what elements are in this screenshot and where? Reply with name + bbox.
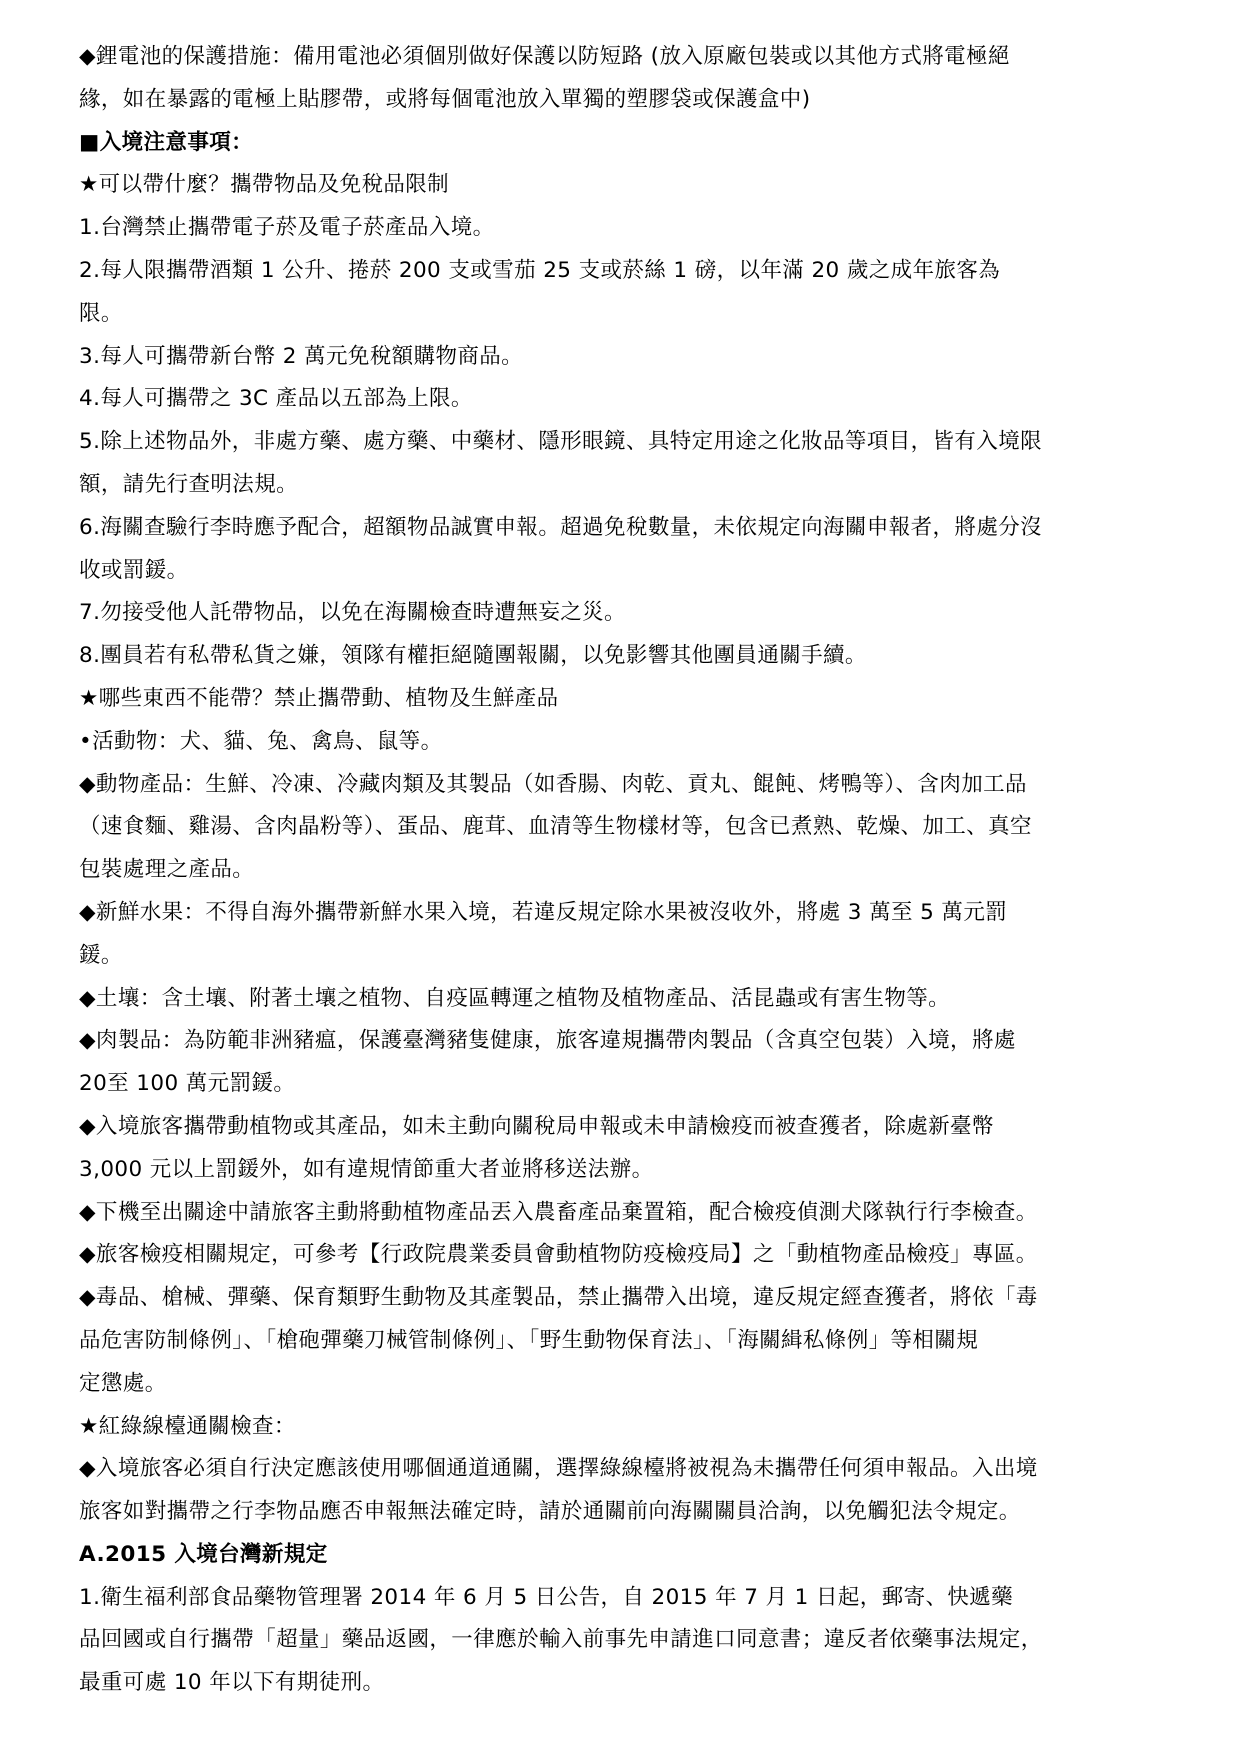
text-line: ◆毒品、槍械、彈藥、保育類野生動物及其產製品，禁止攜帶入出境，違反規定經查獲者，… <box>79 1277 1171 1320</box>
subsection-heading: ★紅綠線檯通關檢查： <box>79 1406 1171 1449</box>
text-line: 品危害防制條例」、「槍砲彈藥刀械管制條例」、「野生動物保育法」、「海關緝私條例」… <box>79 1320 1171 1363</box>
document-page: ◆鋰電池的保護措施：備用電池必須個別做好保護以防短路 (放入原廠包裝或以其他方式… <box>0 0 1241 1705</box>
text-line: ◆動物產品：生鮮、冷凍、冷藏肉類及其製品（如香腸、肉乾、貢丸、餛飩、烤鴨等）、含… <box>79 764 1171 807</box>
subsection-heading: ★可以帶什麼？攜帶物品及免稅品限制 <box>79 164 1171 207</box>
subsection-heading: ★哪些東西不能帶？禁止攜帶動、植物及生鮮產品 <box>79 678 1171 721</box>
text-line: ◆鋰電池的保護措施：備用電池必須個別做好保護以防短路 (放入原廠包裝或以其他方式… <box>79 36 1171 79</box>
text-line: 7.勿接受他人託帶物品，以免在海關檢查時遭無妄之災。 <box>79 592 1171 635</box>
text-line: 6.海關查驗行李時應予配合，超額物品誠實申報。超過免稅數量，未依規定向海關申報者… <box>79 507 1171 550</box>
text-line: 品回國或自行攜帶「超量」藥品返國，一律應於輸入前事先申請進口同意書；違反者依藥事… <box>79 1619 1171 1662</box>
text-line: 1.台灣禁止攜帶電子菸及電子菸產品入境。 <box>79 207 1171 250</box>
text-line: 額，請先行查明法規。 <box>79 464 1171 507</box>
text-line: ◆新鮮水果：不得自海外攜帶新鮮水果入境，若違反規定除水果被沒收外，將處 3 萬至… <box>79 892 1171 935</box>
text-line: 8.團員若有私帶私貨之嫌，領隊有權拒絕隨團報關，以免影響其他團員通關手續。 <box>79 635 1171 678</box>
text-line: 4.每人可攜帶之 3C 產品以五部為上限。 <box>79 378 1171 421</box>
section-heading: ■入境注意事項： <box>79 122 1171 165</box>
text-line: 定懲處。 <box>79 1363 1171 1406</box>
text-line: 20至 100 萬元罰鍰。 <box>79 1063 1171 1106</box>
text-line: 5.除上述物品外，非處方藥、處方藥、中藥材、隱形眼鏡、具特定用途之化妝品等項目，… <box>79 421 1171 464</box>
text-line: ◆下機至出關途中請旅客主動將動植物產品丟入農畜產品棄置箱，配合檢疫偵測犬隊執行行… <box>79 1192 1171 1235</box>
text-line: ◆入境旅客攜帶動植物或其產品，如未主動向關稅局申報或未申請檢疫而被查獲者，除處新… <box>79 1106 1171 1149</box>
text-line: •活動物：犬、貓、兔、禽鳥、鼠等。 <box>79 721 1171 764</box>
text-line: 鍰。 <box>79 935 1171 978</box>
section-heading: A.2015 入境台灣新規定 <box>79 1534 1171 1577</box>
text-line: ◆土壤：含土壤、附著土壤之植物、自疫區轉運之植物及植物產品、活昆蟲或有害生物等。 <box>79 978 1171 1021</box>
text-line: 收或罰鍰。 <box>79 550 1171 593</box>
text-line: 最重可處 10 年以下有期徒刑。 <box>79 1662 1171 1705</box>
text-line: 1.衛生福利部食品藥物管理署 2014 年 6 月 5 日公告，自 2015 年… <box>79 1577 1171 1620</box>
text-line: 3,000 元以上罰鍰外，如有違規情節重大者並將移送法辦。 <box>79 1149 1171 1192</box>
text-line: 限。 <box>79 293 1171 336</box>
text-line: ◆旅客檢疫相關規定，可參考【行政院農業委員會動植物防疫檢疫局】之「動植物產品檢疫… <box>79 1234 1171 1277</box>
text-line: 包裝處理之產品。 <box>79 849 1171 892</box>
text-line: （速食麵、雞湯、含肉晶粉等）、蛋品、鹿茸、血清等生物樣材等，包含已煮熟、乾燥、加… <box>79 806 1171 849</box>
text-line: ◆入境旅客必須自行決定應該使用哪個通道通關，選擇綠線檯將被視為未攜帶任何須申報品… <box>79 1448 1171 1491</box>
text-line: ◆肉製品：為防範非洲豬瘟，保護臺灣豬隻健康，旅客違規攜帶肉製品（含真空包裝）入境… <box>79 1020 1171 1063</box>
text-line: 3.每人可攜帶新台幣 2 萬元免稅額購物商品。 <box>79 336 1171 379</box>
text-line: 緣，如在暴露的電極上貼膠帶，或將每個電池放入單獨的塑膠袋或保護盒中) <box>79 79 1171 122</box>
text-line: 旅客如對攜帶之行李物品應否申報無法確定時，請於通關前向海關關員洽詢，以免觸犯法令… <box>79 1491 1171 1534</box>
text-line: 2.每人限攜帶酒類 1 公升、捲菸 200 支或雪茄 25 支或菸絲 1 磅，以… <box>79 250 1171 293</box>
